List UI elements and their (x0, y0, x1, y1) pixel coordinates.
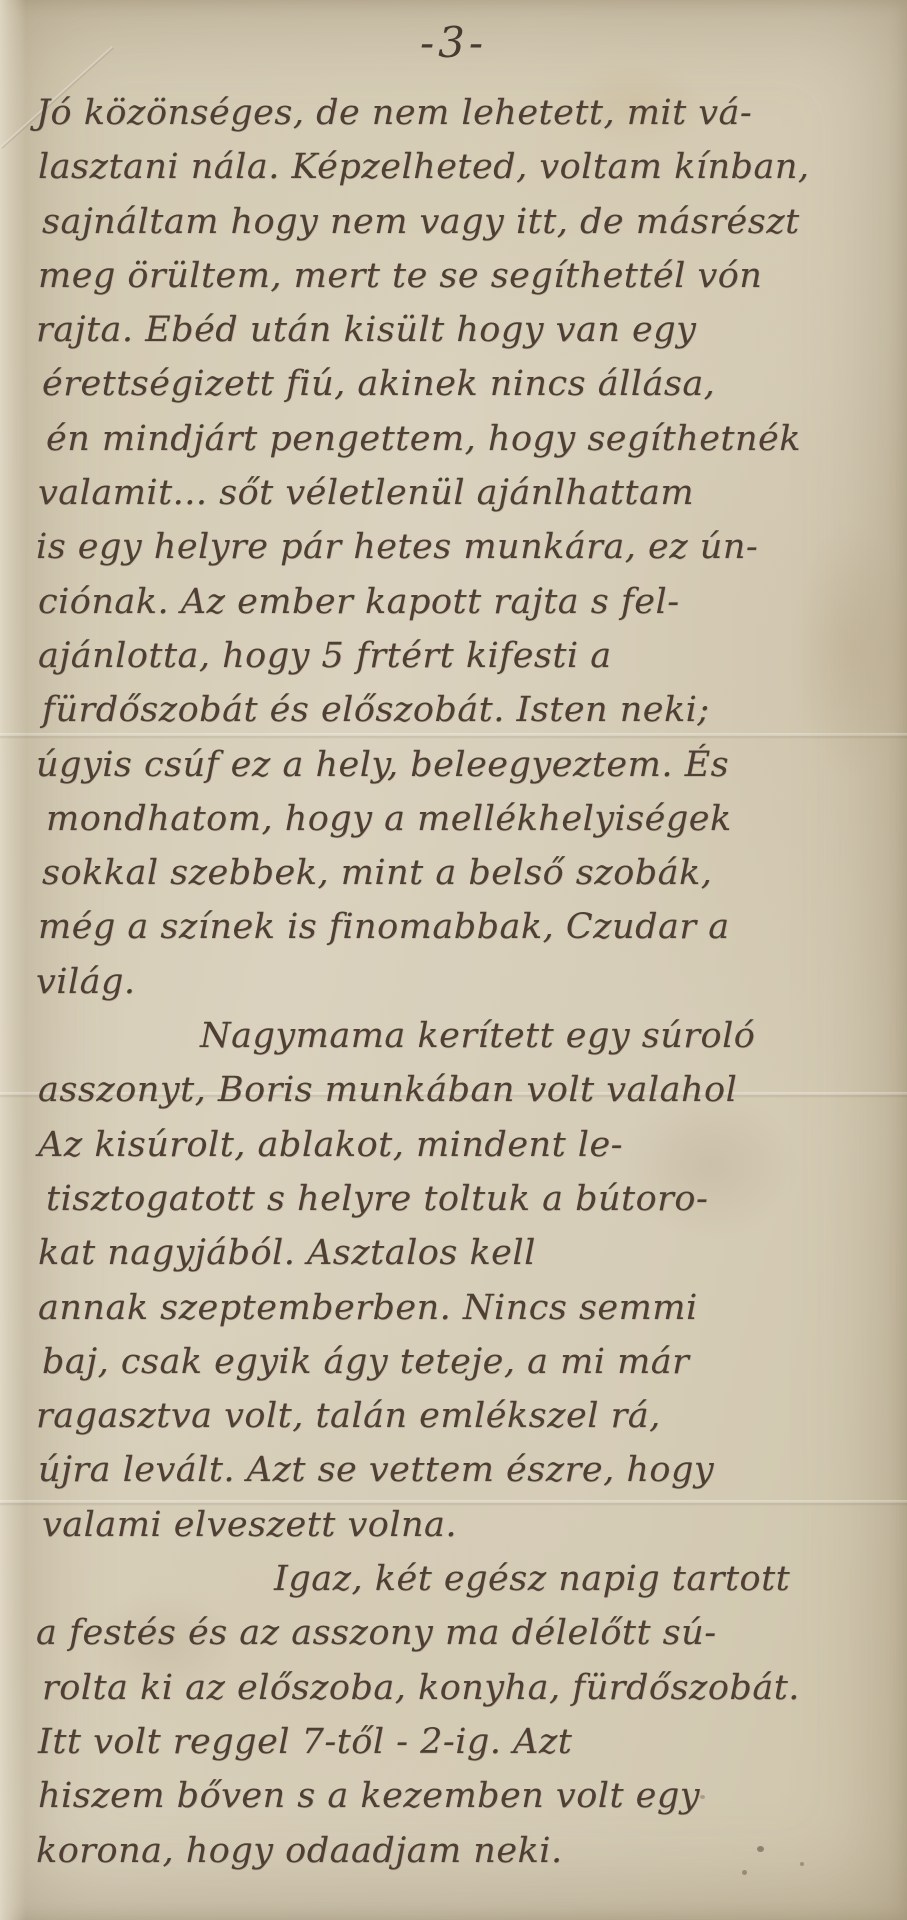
handwriting-line: is egy helyre pár hetes munkára, ez ún- (36, 520, 887, 574)
handwriting-line: korona, hogy odaadjam neki. (36, 1824, 887, 1878)
handwriting-line: világ. (36, 955, 887, 1009)
letter-page: -3- Jó közönséges, de nem lehetett, mit … (0, 0, 907, 1920)
handwriting-line: Jó közönséges, de nem lehetett, mit vá- (36, 86, 887, 140)
handwriting-line: a festés és az asszony ma délelőtt sú- (36, 1606, 887, 1660)
handwriting-line: hiszem bőven s a kezemben volt egy (38, 1769, 887, 1823)
paper-left-edge (0, 0, 26, 1920)
handwriting-line: ciónak. Az ember kapott rajta s fel- (38, 575, 887, 629)
handwriting-line: kat nagyjából. Asztalos kell (38, 1226, 887, 1280)
handwriting-line: rolta ki az előszoba, konyha, fürdőszobá… (42, 1661, 887, 1715)
page-number: -3- (0, 18, 907, 67)
handwriting-line: ragasztva volt, talán emlékszel rá, (36, 1389, 887, 1443)
letter-body: Jó közönséges, de nem lehetett, mit vá- … (38, 86, 887, 1878)
handwriting-line: fürdőszobát és előszobát. Isten neki; (42, 683, 887, 737)
handwriting-line: tisztogatott s helyre toltuk a bútoro- (46, 1172, 887, 1226)
handwriting-line: úgyis csúf ez a hely, beleegyeztem. És (36, 738, 887, 792)
handwriting-line: asszonyt, Boris munkában volt valahol (38, 1063, 887, 1117)
handwriting-line: baj, csak egyik ágy teteje, a mi már (42, 1335, 887, 1389)
handwriting-line: annak szeptemberben. Nincs semmi (38, 1281, 887, 1335)
handwriting-line: valamit... sőt véletlenül ajánlhattam (38, 466, 887, 520)
handwriting-line: rajta. Ebéd után kisült hogy van egy (36, 303, 887, 357)
handwriting-line-paragraph-start: Igaz, két egész napig tartott (46, 1552, 887, 1606)
handwriting-line: én mindjárt pengettem, hogy segíthetnék (46, 412, 887, 466)
handwriting-line: sokkal szebbek, mint a belső szobák, (42, 846, 887, 900)
handwriting-line: sajnáltam hogy nem vagy itt, de másrészt (42, 195, 887, 249)
handwriting-line: mondhatom, hogy a mellékhelyiségek (46, 792, 887, 846)
handwriting-line: érettségizett fiú, akinek nincs állása, (42, 357, 887, 411)
handwriting-line: újra levált. Azt se vettem észre, hogy (38, 1443, 887, 1497)
handwriting-line: Itt volt reggel 7-től - 2-ig. Azt (38, 1715, 887, 1769)
handwriting-line: Az kisúrolt, ablakot, mindent le- (38, 1118, 887, 1172)
handwriting-line-paragraph-start: Nagymama kerített egy súroló (42, 1009, 887, 1063)
handwriting-line: ajánlotta, hogy 5 frtért kifesti a (38, 629, 887, 683)
handwriting-line: még a színek is finomabbak, Czudar a (38, 900, 887, 954)
handwriting-line: valami elveszett volna. (42, 1498, 887, 1552)
handwriting-line: meg örültem, mert te se segíthettél vón (38, 249, 887, 303)
handwriting-line: lasztani nála. Képzelheted, voltam kínba… (38, 140, 887, 194)
